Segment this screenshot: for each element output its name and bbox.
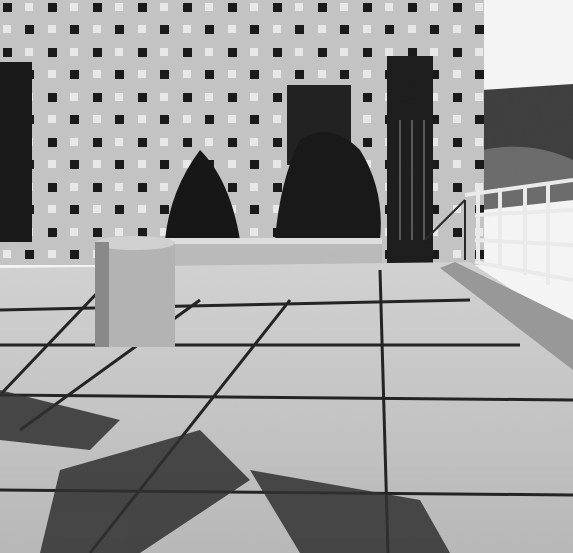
terrace-photograph: [0, 0, 573, 553]
